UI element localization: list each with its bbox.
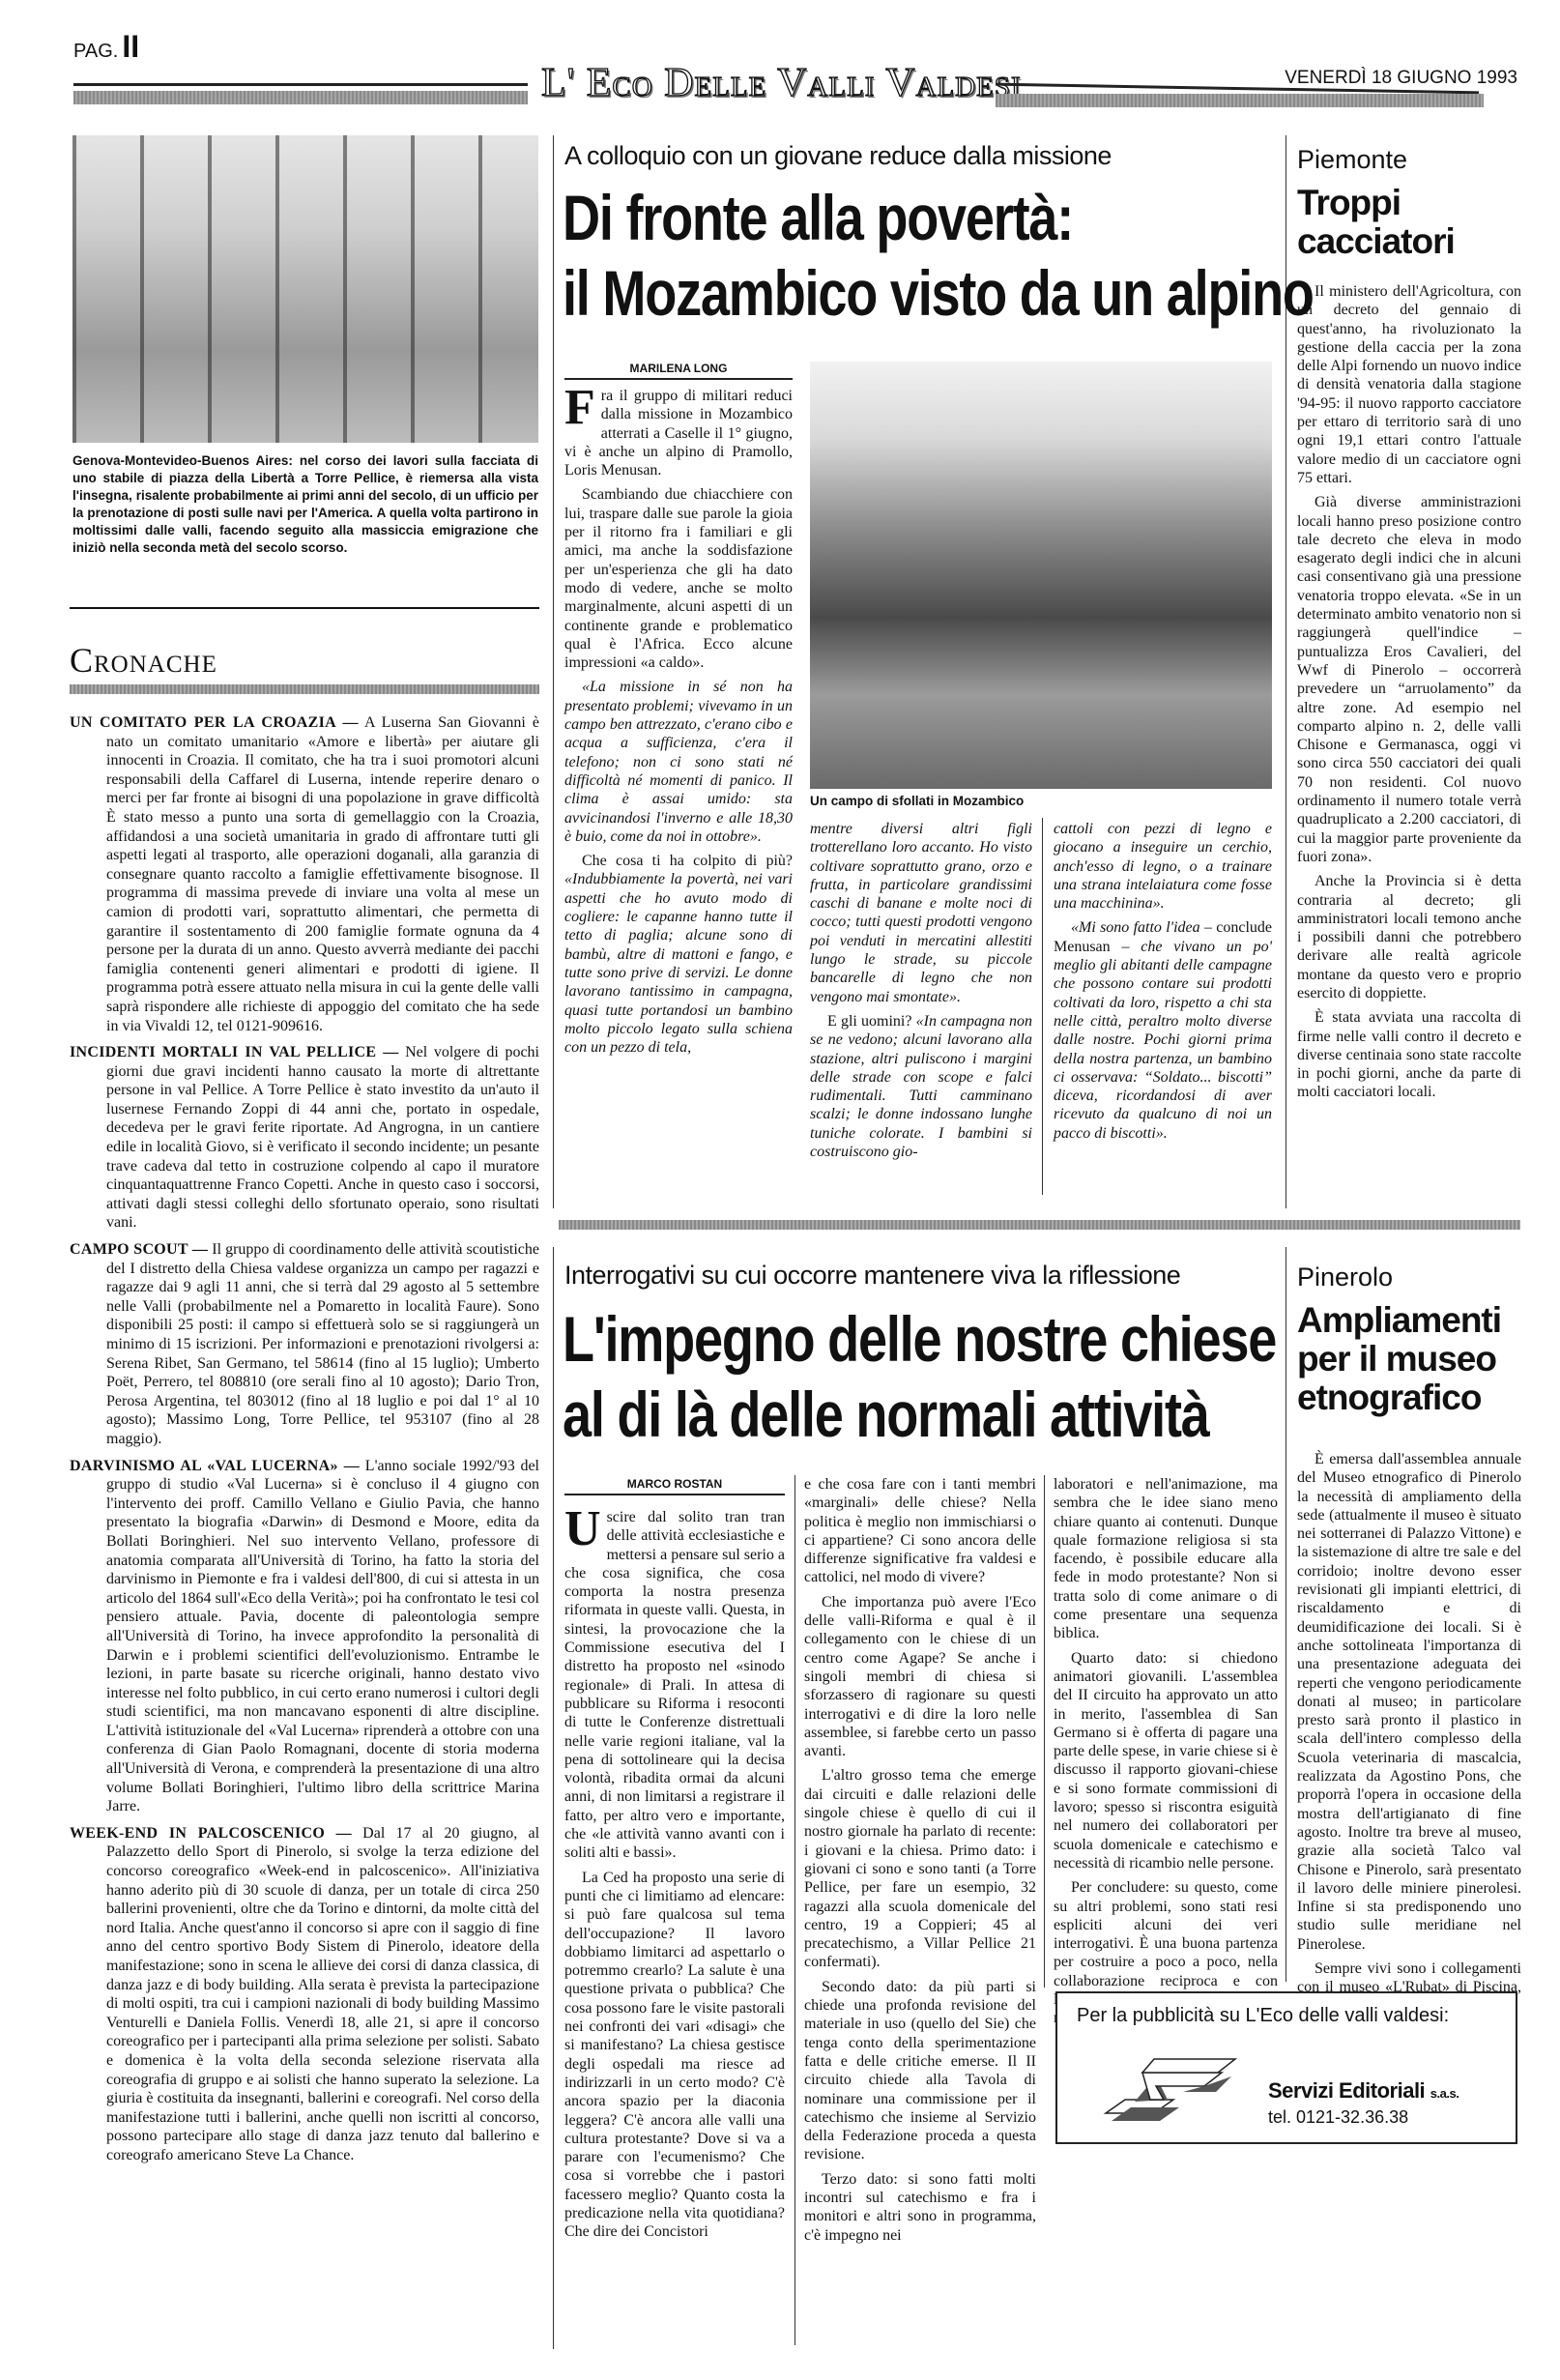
section-band [70,684,539,694]
article-headline: Di fronte alla povertà: il Mozambico vis… [563,180,1314,331]
brief-kicker: UN COMITATO PER LA CROAZIA — [70,714,359,731]
brief-item: CAMPO SCOUT — Il gruppo di coordinamento… [70,1240,539,1449]
paragraph: È emersa dall'assemblea annuale del Muse… [1297,1450,1521,1954]
column-rule [553,135,554,1208]
headline-line: Di fronte alla povertà: [563,180,1314,255]
brief-text: A Luserna San Giovanni è nato un comitat… [106,714,539,1034]
byline: MARCO ROSTAN [564,1477,785,1495]
brief-kicker: CAMPO SCOUT — [70,1241,208,1258]
quote-paragraph: «La missione in sé non ha presentato pro… [564,678,793,846]
paragraph: Già diverse amministrazioni locali hanno… [1297,493,1521,866]
servizi-editoriali-logo-icon [1096,2053,1241,2131]
quote: che vivano un po' meglio gli abitanti de… [1054,939,1272,1142]
paragraph: ra il gruppo di militari reduci dalla mi… [564,388,793,479]
brief-item: DARVINISMO AL «VAL LUCERNA» — L'anno soc… [70,1457,539,1816]
divider [70,607,539,609]
column-rule [553,1247,554,2349]
article-column: mentre diversi altri figli trotterellano… [810,820,1032,1167]
masthead-band-left [73,91,528,104]
sidebar-kicker: Pinerolo [1297,1263,1393,1292]
paragraph: È stata avviata una raccolta di firme ne… [1297,1008,1521,1101]
paragraph: Terzo dato: si sono fatti molti incontri… [804,2170,1036,2245]
brief-item: WEEK-END IN PALCOSCENICO — Dal 17 al 20 … [70,1824,539,2165]
ad-company: Servizi Editoriali s.a.s. [1268,2078,1459,2104]
article-column: Fra il gruppo di militari reduci dalla m… [564,387,793,1062]
paragraph: Il ministero dell'Agricoltura, con un de… [1297,282,1521,487]
paragraph: Scambiando due chiacchiere con lui, tras… [564,486,793,671]
ad-title: Per la pubblicità su L'Eco delle valli v… [1077,2005,1449,2027]
byline: MARILENA LONG [564,362,793,380]
headline-line: al di là delle normali attività [563,1377,1276,1452]
article-column: È emersa dall'assemblea annuale del Muse… [1297,1450,1521,2021]
question: Che cosa ti ha colpito di più? [582,853,793,869]
newspaper-title: L' Eco Delle Valli Valdesi [541,60,1022,106]
article-column: e che cosa fare con i tanti membri «marg… [804,1475,1036,2250]
facade-photo [72,135,538,443]
photo-caption: Un campo di sfollati in Mozambico [810,793,1272,810]
drop-cap: F [564,389,595,427]
article-kicker: Interrogativi su cui occorre mantenere v… [564,1261,1180,1291]
paragraph: Secondo dato: da più parti si chiede una… [804,1978,1036,2164]
article-column: cattoli con pezzi di legno e giocano a i… [1054,820,1272,1148]
quote: «In campagna non se ne vedono; alcuni la… [810,1013,1032,1160]
sidebar-kicker: Piemonte [1297,145,1407,175]
paragraph: L'altro grosso tema che emerge dai circu… [804,1766,1036,1971]
paragraph: Anche la Provincia si è detta contraria … [1297,872,1521,1002]
refugee-camp-photo [810,362,1272,789]
article-kicker: A colloquio con un giovane reduce dalla … [564,141,1112,171]
company-suffix: s.a.s. [1430,2086,1459,2101]
paragraph: scire dal solito tran tran delle attivit… [564,1509,785,1861]
sidebar-headline: Troppi cacciatori [1297,184,1490,261]
column-rule [1286,1247,1286,1982]
masthead-band-right [996,94,1484,107]
paragraph: laboratori e nell'animazione, ma sembra … [1054,1475,1278,1643]
page-number: PAG.II [73,29,139,65]
article-column: Il ministero dell'Agricoltura, con un de… [1297,282,1521,1108]
paragraph: Che importanza può avere l'Eco delle val… [804,1593,1036,1761]
article-column: laboratori e nell'animazione, ma sembra … [1054,1475,1278,2034]
issue-date: VENERDÌ 18 GIUGNO 1993 [1285,68,1517,89]
brief-kicker: INCIDENTI MORTALI IN VAL PELLICE — [70,1044,399,1060]
headline-line: L'impegno delle nostre chiese [563,1301,1276,1377]
article-column: Uscire dal solito tran tran delle attivi… [564,1508,785,2248]
quote-paragraph: cattoli con pezzi di legno e giocano a i… [1054,820,1272,913]
brief-item: UN COMITATO PER LA CROAZIA — A Luserna S… [70,713,539,1035]
brief-item: INCIDENTI MORTALI IN VAL PELLICE — Nel v… [70,1043,539,1233]
paragraph: e che cosa fare con i tanti membri «marg… [804,1475,1036,1587]
paragraph: La Ced ha proposto una serie di punti ch… [564,1869,785,2242]
masthead-rule-left [73,83,528,86]
quote: «Indubbiamente la povertà, nei vari aspe… [564,871,793,1056]
article-headline: L'impegno delle nostre chiese al di là d… [563,1301,1276,1452]
column-rule [794,1475,795,2345]
quote: «Mi sono fatto l'idea – [1071,919,1212,936]
brief-text: Il gruppo di coordinamento delle attivit… [106,1241,539,1447]
company-name: Servizi Editoriali [1268,2078,1425,2103]
brief-text: L'anno sociale 1992/'93 del gruppo di st… [106,1458,539,1815]
drop-cap: U [564,1510,601,1549]
brief-text: Nel volgere di pochi giorni due gravi in… [106,1044,539,1231]
column-rule [1042,818,1043,1195]
brief-kicker: DARVINISMO AL «VAL LUCERNA» — [70,1458,360,1474]
section-band [559,1220,1520,1230]
facade-photo-caption: Genova-Montevideo-Buenos Aires: nel cors… [72,452,538,557]
column-rule [1044,1475,1045,1988]
brief-kicker: WEEK-END IN PALCOSCENICO — [70,1825,352,1842]
paragraph: Quarto dato: si chiedono animatori giova… [1054,1649,1278,1873]
sidebar-headline: Ampliamenti per il museo etnografico [1297,1301,1519,1417]
ad-phone: tel. 0121-32.36.38 [1268,2107,1408,2128]
page-number-value: II [122,29,139,64]
quote-paragraph: mentre diversi altri figli trotterellano… [810,820,1032,1006]
section-title-cronache: Cronache [70,640,217,681]
question: E gli uomini? [827,1013,911,1030]
headline-line: il Mozambico visto da un alpino [563,255,1314,331]
advertisement-box: Per la pubblicità su L'Eco delle valli v… [1055,1991,1517,2144]
page-label: PAG. [73,41,118,62]
brief-text: Dal 17 al 20 giugno, al Palazzetto dello… [106,1825,539,2163]
cronache-list: UN COMITATO PER LA CROAZIA — A Luserna S… [70,713,539,2173]
